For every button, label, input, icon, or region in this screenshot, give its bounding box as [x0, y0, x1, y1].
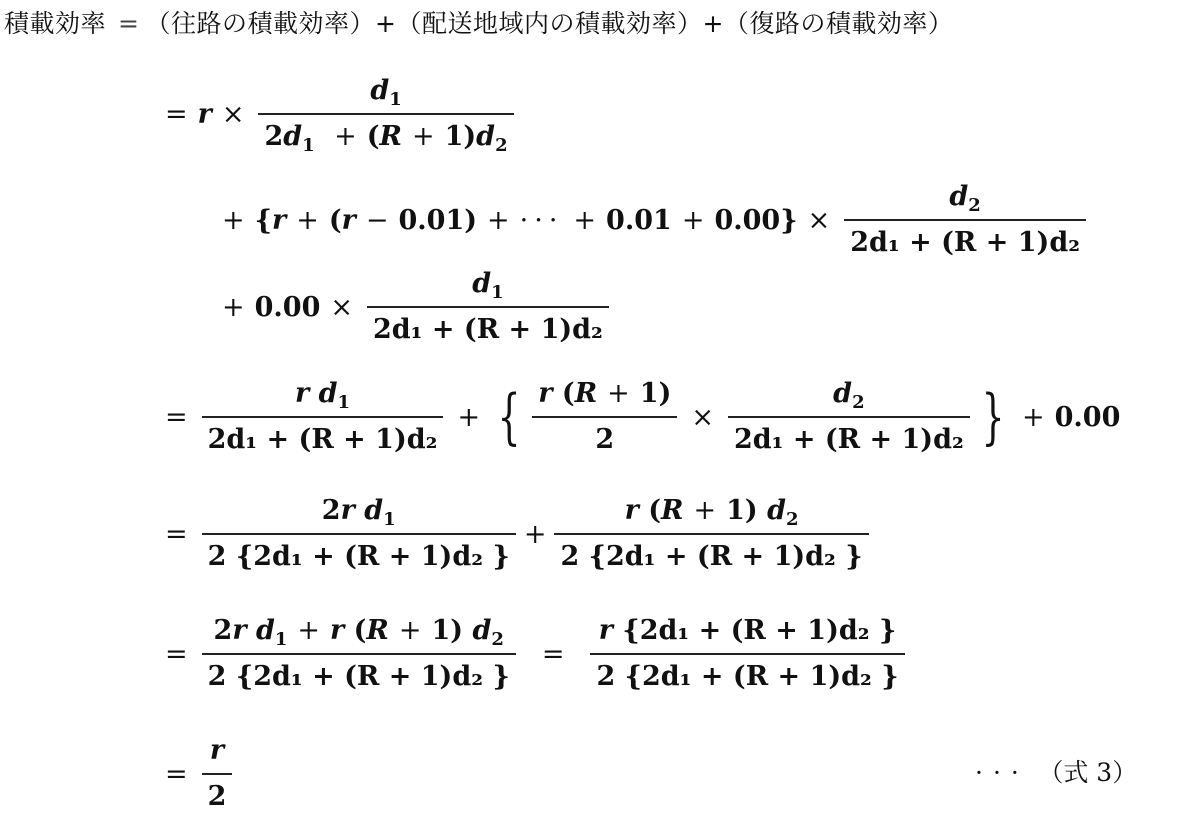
var-d: d: [283, 121, 302, 152]
denominator-inner: 2d₁ + (R + 1)d₂: [606, 541, 836, 572]
var-d: d: [472, 615, 491, 646]
var-r: r: [538, 378, 552, 409]
brace: {: [236, 661, 253, 692]
digit: 1: [726, 495, 745, 526]
var-d: d: [319, 378, 338, 409]
paren: (: [354, 615, 367, 646]
equals-sign: =: [165, 99, 188, 130]
plus-sign: +: [222, 292, 245, 323]
number: 0.00: [255, 292, 321, 323]
brace: {: [622, 615, 639, 646]
denominator: 2d₁ + (R + 1)d₂: [844, 224, 1086, 262]
fraction: d1 2d₁ + (R + 1)d₂: [367, 265, 609, 349]
var-d: d: [370, 75, 389, 106]
subscript: 1: [491, 282, 504, 303]
fraction: r {2d₁ + (R + 1)d₂ } 2 {2d₁ + (R + 1)d₂ …: [590, 612, 904, 696]
var-r: r: [599, 615, 613, 646]
plus-sign: +: [682, 205, 705, 236]
paren: ): [463, 121, 476, 152]
brace: }: [492, 661, 509, 692]
paren: (: [648, 495, 661, 526]
fraction-bar: [532, 416, 677, 418]
digit: 2: [264, 121, 283, 152]
var-r: r: [330, 615, 344, 646]
numerator-inner: 2d₁ + (R + 1)d₂: [640, 615, 870, 646]
term-return: （復路の積載効率）: [724, 9, 954, 38]
times-sign: ×: [330, 292, 353, 323]
paren: ): [450, 615, 463, 646]
var-r: r: [342, 205, 356, 236]
var-d: d: [476, 121, 495, 152]
denominator-inner: 2d₁ + (R + 1)d₂: [253, 541, 483, 572]
brace: }: [845, 541, 862, 572]
subscript: 1: [389, 89, 402, 110]
brace: }: [879, 615, 896, 646]
paren: (: [367, 121, 380, 152]
fraction-bar: [590, 653, 904, 655]
paren: (: [562, 378, 575, 409]
brace: {: [255, 205, 272, 236]
subscript: 1: [302, 135, 315, 156]
equation-line-6: = 2r d1+r (R+1) d2 2 {2d₁ + (R + 1)d₂ } …: [165, 612, 909, 696]
var-d: d: [364, 495, 383, 526]
subscript: 2: [491, 629, 504, 650]
var-R: R: [380, 121, 402, 152]
plus-sign: +: [693, 495, 716, 526]
paren: ): [659, 378, 672, 409]
var-r: r: [198, 99, 212, 130]
times-sign: ×: [808, 205, 831, 236]
plus-sign: +: [487, 205, 510, 236]
plus-sign: +: [1022, 402, 1045, 433]
paren: ): [464, 205, 477, 236]
fraction-bar: [202, 773, 233, 775]
fraction: r (R+1) 2: [532, 375, 677, 459]
denominator: 2: [202, 778, 233, 816]
equation-label: （式 3）: [1051, 758, 1137, 787]
plus-sign: +: [399, 615, 422, 646]
fraction: r d1 2d₁ + (R + 1)d₂: [202, 375, 444, 459]
equals-sign: =: [165, 639, 188, 670]
ellipsis: ···: [520, 205, 564, 236]
equals-sign: =: [118, 9, 139, 38]
paren: (: [329, 205, 342, 236]
number: 0.01: [399, 205, 465, 236]
plus-sign: +: [573, 205, 596, 236]
equation-line-3: + 0.00 × d1 2d₁ + (R + 1)d₂: [222, 265, 613, 349]
var-R: R: [366, 615, 388, 646]
fraction-bar: [554, 533, 868, 535]
plus-sign: +: [375, 9, 396, 38]
var-r: r: [232, 615, 246, 646]
digit: 2: [560, 541, 579, 572]
plus-sign: +: [607, 378, 630, 409]
var-d: d: [256, 615, 275, 646]
plus-sign: +: [524, 519, 547, 550]
fraction-bar: [202, 533, 516, 535]
times-sign: ×: [691, 402, 714, 433]
plus-sign: +: [457, 402, 480, 433]
var-d: d: [833, 378, 852, 409]
var-r: r: [295, 378, 309, 409]
denominator: 2d₁ + (R + 1)d₂: [367, 311, 609, 349]
equation-line-5: = 2r d1 2 {2d₁ + (R + 1)d₂ } + r (R+1) d…: [165, 492, 873, 576]
plus-sign: +: [297, 615, 320, 646]
equation-line-4: = r d1 2d₁ + (R + 1)d₂ + { r (R+1) 2 × d…: [165, 375, 1120, 459]
var-r: r: [341, 495, 355, 526]
plus-sign: +: [702, 9, 723, 38]
fraction-bar: [258, 113, 513, 115]
subscript: 2: [968, 195, 981, 216]
digit: 1: [432, 615, 451, 646]
var-r: r: [272, 205, 286, 236]
denominator-inner: 2d₁ + (R + 1)d₂: [253, 661, 483, 692]
plus-sign: +: [222, 205, 245, 236]
minus-sign: −: [366, 205, 389, 236]
subscript: 2: [786, 509, 799, 530]
large-brace: {: [498, 387, 521, 447]
lhs-label: 積載効率: [4, 9, 106, 38]
large-brace: }: [981, 387, 1004, 447]
number: 0.00: [714, 205, 780, 236]
plus-sign: +: [296, 205, 319, 236]
fraction-bar: [844, 219, 1086, 221]
denominator-inner: 2d₁ + (R + 1)d₂: [642, 661, 872, 692]
fraction-bar: [728, 416, 970, 418]
number: 0.00: [1055, 402, 1121, 433]
subscript: 1: [383, 509, 396, 530]
denominator: 2: [589, 421, 620, 459]
var-d: d: [949, 181, 968, 212]
fraction: d1 2d1 +(R+1)d2: [258, 72, 513, 156]
fraction: r 2: [202, 732, 233, 816]
subscript: 2: [495, 135, 508, 156]
plus-sign: +: [334, 121, 357, 152]
brace: }: [780, 205, 797, 236]
term-outbound: （往路の積載効率）: [145, 9, 375, 38]
denominator: 2d₁ + (R + 1)d₂: [728, 421, 970, 459]
subscript: 2: [852, 392, 865, 413]
equation-header: 積載効率=（往路の積載効率）+（配送地域内の積載効率）+（復路の積載効率）: [4, 4, 953, 40]
fraction-bar: [202, 416, 444, 418]
number: 0.01: [606, 205, 672, 236]
plus-sign: +: [412, 121, 435, 152]
fraction: 2r d1+r (R+1) d2 2 {2d₁ + (R + 1)d₂ }: [202, 612, 516, 696]
equation-line-1: = r × d1 2d1 +(R+1)d2: [165, 72, 518, 156]
subscript: 1: [338, 392, 351, 413]
var-r: r: [210, 735, 224, 766]
brace: {: [625, 661, 642, 692]
digit: 2: [208, 541, 227, 572]
equation-line-7: = r 2: [165, 732, 236, 816]
digit: 1: [640, 378, 659, 409]
var-R: R: [575, 378, 597, 409]
equation-number: ···（式 3）: [975, 753, 1137, 789]
brace: }: [492, 541, 509, 572]
fraction: 2r d1 2 {2d₁ + (R + 1)d₂ }: [202, 492, 516, 576]
var-r: r: [625, 495, 639, 526]
equals-sign: =: [165, 519, 188, 550]
var-d: d: [472, 268, 491, 299]
fraction: d2 2d₁ + (R + 1)d₂: [844, 178, 1086, 262]
digit: 1: [445, 121, 464, 152]
digit: 2: [208, 661, 227, 692]
fraction-bar: [202, 653, 516, 655]
equals-sign: =: [165, 402, 188, 433]
fraction: d2 2d₁ + (R + 1)d₂: [728, 375, 970, 459]
ellipsis: ···: [975, 758, 1029, 787]
equals-sign: =: [165, 759, 188, 790]
digit: 2: [322, 495, 341, 526]
brace: {: [236, 541, 253, 572]
var-R: R: [661, 495, 683, 526]
brace: }: [881, 661, 898, 692]
equation-line-2: + {r + (r − 0.01) + ··· + 0.01 + 0.00} ×…: [222, 178, 1090, 262]
brace: {: [589, 541, 606, 572]
digit: 2: [596, 661, 615, 692]
times-sign: ×: [222, 99, 245, 130]
digit: 2: [214, 615, 233, 646]
fraction-bar: [367, 306, 609, 308]
term-delivery-area: （配送地域内の積載効率）: [396, 9, 702, 38]
equals-sign: =: [542, 639, 565, 670]
fraction: r (R+1) d2 2 {2d₁ + (R + 1)d₂ }: [554, 492, 868, 576]
paren: ): [745, 495, 758, 526]
subscript: 1: [275, 629, 288, 650]
var-d: d: [767, 495, 786, 526]
denominator: 2d₁ + (R + 1)d₂: [202, 421, 444, 459]
